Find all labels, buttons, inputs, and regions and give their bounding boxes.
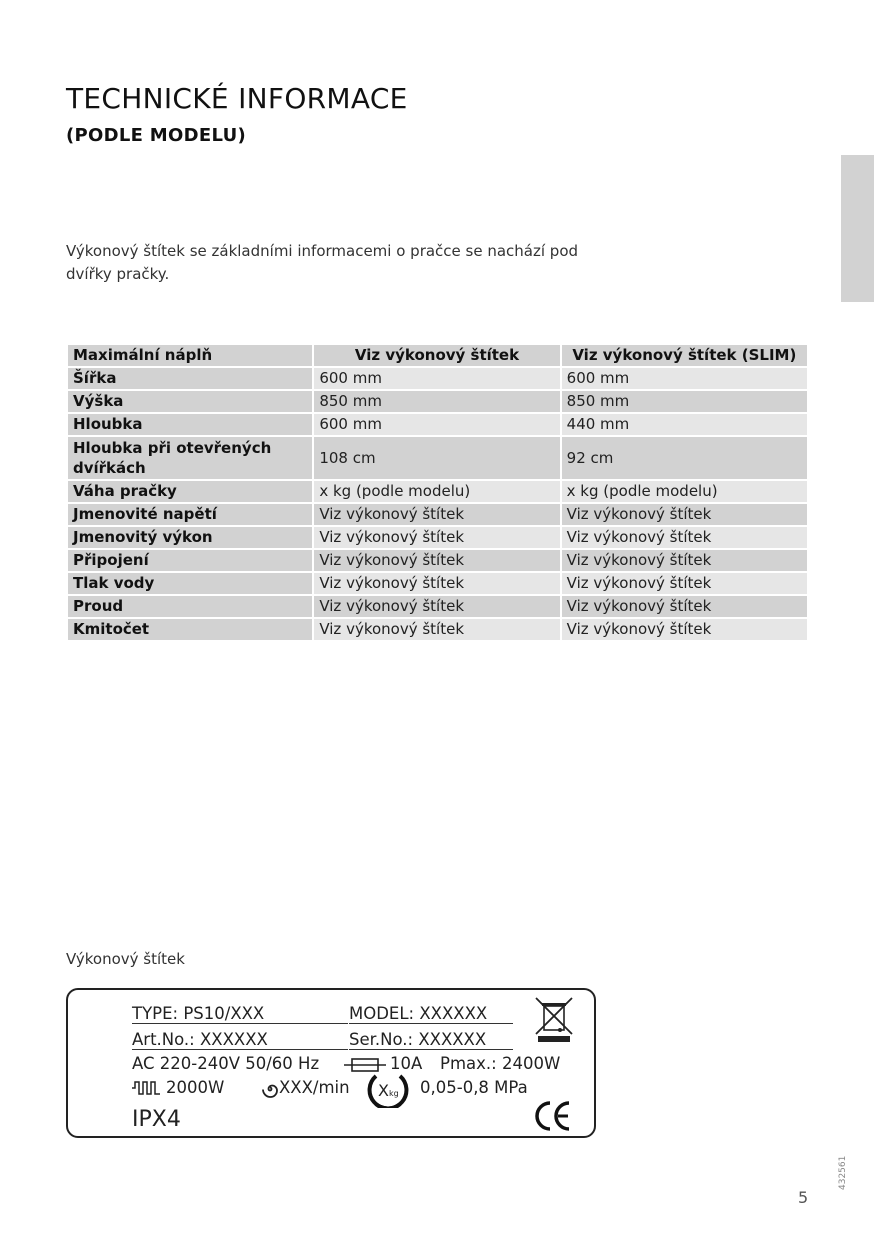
row-value-slim: 600 mm [561,367,808,390]
plate-ip-rating: IPX4 [132,1107,181,1132]
row-value-slim: Viz výkonový štítek [561,526,808,549]
rating-plate-caption: Výkonový štítek [66,950,185,968]
plate-spin-speed: XXX/min [279,1078,350,1097]
row-label: Připojení [67,549,313,572]
page-title: TECHNICKÉ INFORMACE [66,82,408,115]
row-label: Hloubka při otevřených dvířkách [67,436,313,480]
plate-voltage: AC 220-240V 50/60 Hz [132,1054,319,1073]
plate-pmax: Pmax.: 2400W [440,1054,560,1073]
row-value-slim: Viz výkonový štítek [561,618,808,641]
table-row: Tlak vodyViz výkonový štítekViz výkonový… [67,572,808,595]
row-value-standard: 108 cm [313,436,560,480]
row-value-slim: x kg (podle modelu) [561,480,808,503]
plate-heater-power: 2000W [166,1078,224,1097]
row-value-standard: Viz výkonový štítek [313,503,560,526]
row-value-standard: 600 mm [313,413,560,436]
row-value-standard: Viz výkonový štítek [313,618,560,641]
plate-water-pressure: 0,05-0,8 MPa [420,1078,528,1097]
plate-type: TYPE: PS10/XXX [132,1004,348,1024]
row-value-standard: x kg (podle modelu) [313,480,560,503]
table-row: Hloubka při otevřených dvířkách108 cm92 … [67,436,808,480]
row-value-standard: Viz výkonový štítek [313,595,560,618]
spec-table: Maximální náplň Viz výkonový štítek Viz … [66,343,809,642]
row-value-standard: Viz výkonový štítek [313,526,560,549]
row-value-standard: Viz výkonový štítek [313,572,560,595]
row-value-standard: Viz výkonový štítek [313,549,560,572]
capacity-icon: X kg [366,1072,410,1112]
table-row: Šířka600 mm600 mm [67,367,808,390]
row-value-slim: Viz výkonový štítek [561,503,808,526]
svg-text:kg: kg [389,1089,399,1098]
heater-icon [132,1080,160,1100]
intro-paragraph: Výkonový štítek se základními informacem… [66,240,626,286]
page-subtitle: (PODLE MODELU) [66,125,246,146]
table-row: PřipojeníViz výkonový štítekViz výkonový… [67,549,808,572]
row-label: Tlak vody [67,572,313,595]
header-standard: Viz výkonový štítek [313,344,560,367]
plate-fuse-rating: 10A [390,1054,422,1073]
row-value-standard: 850 mm [313,390,560,413]
row-value-slim: Viz výkonový štítek [561,572,808,595]
row-label: Výška [67,390,313,413]
svg-text:X: X [378,1081,389,1100]
row-label: Proud [67,595,313,618]
weee-crossed-bin-icon [532,996,576,1046]
row-value-slim: Viz výkonový štítek [561,595,808,618]
section-side-tab [841,155,874,302]
header-max-load: Maximální náplň [67,344,313,367]
plate-model: MODEL: XXXXXX [349,1004,513,1024]
row-value-slim: Viz výkonový štítek [561,549,808,572]
row-value-slim: 440 mm [561,413,808,436]
row-label: Váha pračky [67,480,313,503]
row-label: Hloubka [67,413,313,436]
spec-table-header: Maximální náplň Viz výkonový štítek Viz … [67,344,808,367]
page-number: 5 [798,1188,808,1207]
table-row: ProudViz výkonový štítekViz výkonový ští… [67,595,808,618]
plate-art-no: Art.No.: XXXXXX [132,1030,348,1050]
row-value-slim: 92 cm [561,436,808,480]
row-label: Šířka [67,367,313,390]
table-row: Jmenovitý výkonViz výkonový štítekViz vý… [67,526,808,549]
table-row: Výška850 mm850 mm [67,390,808,413]
table-row: Jmenovité napětíViz výkonový štítekViz v… [67,503,808,526]
row-value-slim: 850 mm [561,390,808,413]
header-slim: Viz výkonový štítek (SLIM) [561,344,808,367]
table-row: Hloubka600 mm440 mm [67,413,808,436]
plate-ser-no: Ser.No.: XXXXXX [349,1030,513,1050]
ce-mark-icon [534,1100,574,1136]
row-label: Kmitočet [67,618,313,641]
row-label: Jmenovité napětí [67,503,313,526]
rating-plate: TYPE: PS10/XXX MODEL: XXXXXX Art.No.: XX… [66,988,596,1138]
table-row: KmitočetViz výkonový štítekViz výkonový … [67,618,808,641]
row-value-standard: 600 mm [313,367,560,390]
document-code: 432561 [838,1156,848,1190]
spin-icon [261,1080,279,1102]
table-row: Váha pračkyx kg (podle modelu)x kg (podl… [67,480,808,503]
row-label: Jmenovitý výkon [67,526,313,549]
